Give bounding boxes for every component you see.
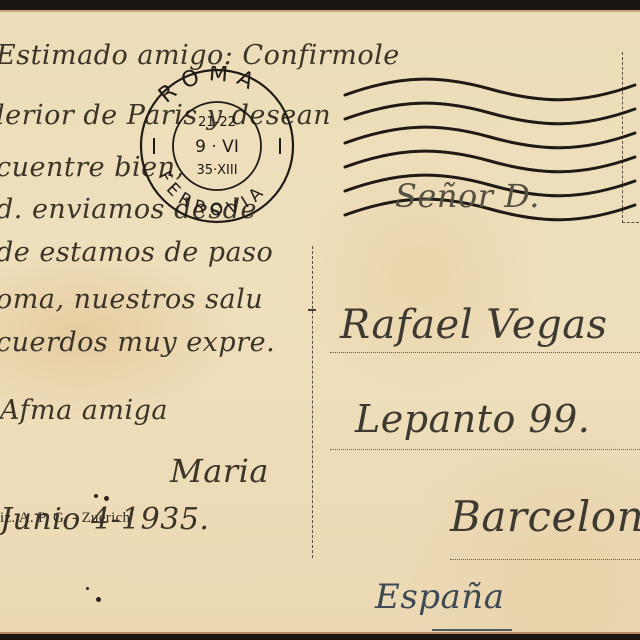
postmark-date: 9 · VI (195, 137, 239, 157)
address-salutation: Señor D. (395, 177, 540, 215)
address-street: Lepanto 99. (355, 397, 590, 441)
postmark-time: 21-22 (198, 115, 236, 130)
address-line-3 (450, 559, 640, 560)
closing: Afma amiga (0, 395, 168, 426)
address-city: Barcelona (450, 492, 640, 541)
address-line-1 (330, 352, 640, 353)
ink-speck (94, 494, 98, 498)
postcard-back: Estimado amigo: Confirmole lerior de Par… (0, 10, 640, 634)
roma-postmark: ROMA FERROVIA 21-22 9 · VI 35·XIII (132, 66, 302, 226)
divider-tick (308, 309, 316, 311)
signature: Maria (170, 452, 269, 490)
message-line-5: de estamos de paso (0, 237, 273, 268)
address-country: España (375, 577, 504, 617)
country-underline (432, 629, 512, 631)
printer-imprint: iz. A. P. G. - Zuerich (0, 510, 130, 527)
message-line-6: oma, nuestros salu (0, 284, 263, 315)
address-line-2 (330, 449, 640, 450)
ink-speck (96, 597, 101, 602)
ink-speck (104, 496, 109, 501)
postmark-year: 35·XIII (196, 163, 237, 178)
message-line-7: cuerdos muy expre. (0, 327, 275, 358)
address-name: Rafael Vegas (340, 302, 608, 348)
card-divider (312, 246, 313, 558)
ink-speck (86, 587, 89, 590)
